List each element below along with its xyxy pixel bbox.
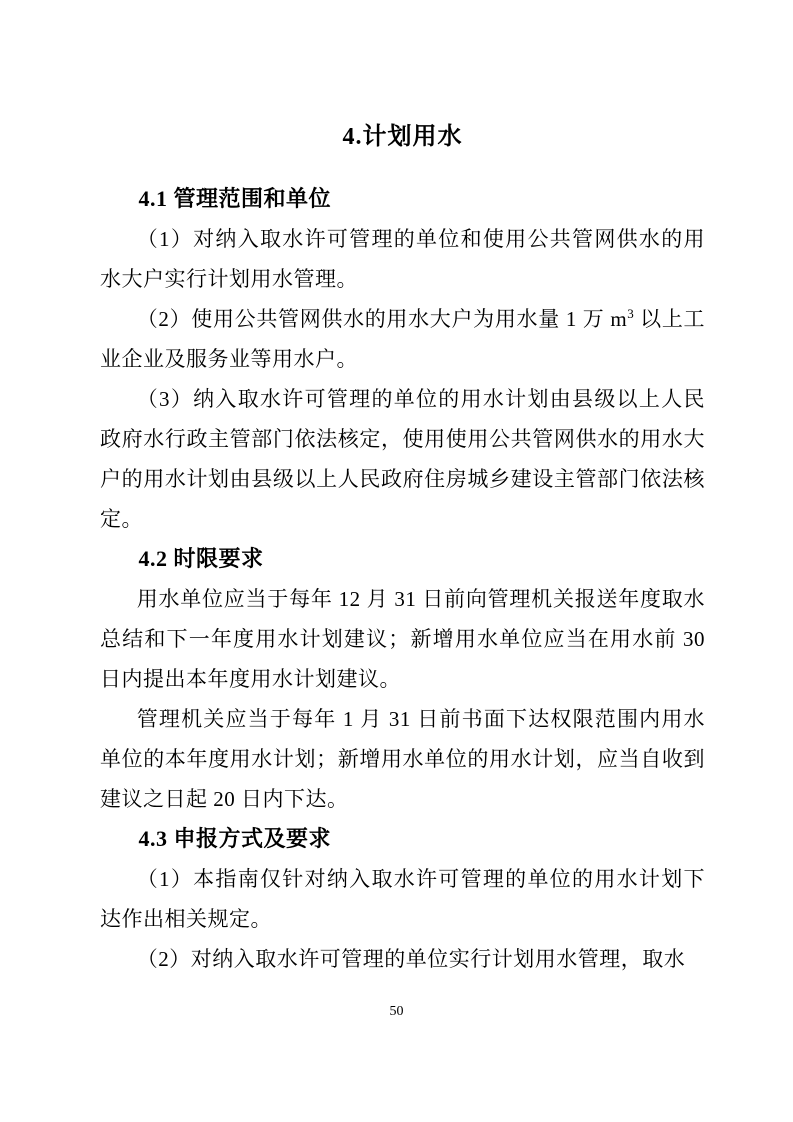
paragraph-4-2-2: 管理机关应当于每年 1 月 31 日前书面下达权限范围内用水单位的本年度用水计划… <box>100 699 705 819</box>
document-page: 4.计划用水 4.1 管理范围和单位 （1）对纳入取水许可管理的单位和使用公共管… <box>0 0 793 1122</box>
section-4-1: 4.1 管理范围和单位 （1）对纳入取水许可管理的单位和使用公共管网供水的用水大… <box>100 179 705 539</box>
section-4-1-heading: 4.1 管理范围和单位 <box>100 179 705 219</box>
paragraph-4-1-2-text: （2）使用公共管网供水的用水大户为用水量 1 万 m <box>137 307 627 331</box>
paragraph-4-3-2: （2）对纳入取水许可管理的单位实行计划用水管理，取水 <box>100 939 705 979</box>
paragraph-4-1-2: （2）使用公共管网供水的用水大户为用水量 1 万 m3 以上工业企业及服务业等用… <box>100 299 705 379</box>
page-title: 4.计划用水 <box>100 117 705 157</box>
page-number: 50 <box>0 1002 793 1022</box>
section-4-2: 4.2 时限要求 用水单位应当于每年 12 月 31 日前向管理机关报送年度取水… <box>100 539 705 819</box>
section-4-2-heading: 4.2 时限要求 <box>100 539 705 579</box>
paragraph-4-2-1: 用水单位应当于每年 12 月 31 日前向管理机关报送年度取水总结和下一年度用水… <box>100 579 705 699</box>
paragraph-4-1-1: （1）对纳入取水许可管理的单位和使用公共管网供水的用水大户实行计划用水管理。 <box>100 219 705 299</box>
document-content: 4.计划用水 4.1 管理范围和单位 （1）对纳入取水许可管理的单位和使用公共管… <box>0 0 793 979</box>
paragraph-4-1-3: （3）纳入取水许可管理的单位的用水计划由县级以上人民政府水行政主管部门依法核定，… <box>100 379 705 539</box>
paragraph-4-3-1: （1）本指南仅针对纳入取水许可管理的单位的用水计划下达作出相关规定。 <box>100 859 705 939</box>
section-4-3-heading: 4.3 申报方式及要求 <box>100 819 705 859</box>
section-4-3: 4.3 申报方式及要求 （1）本指南仅针对纳入取水许可管理的单位的用水计划下达作… <box>100 819 705 979</box>
